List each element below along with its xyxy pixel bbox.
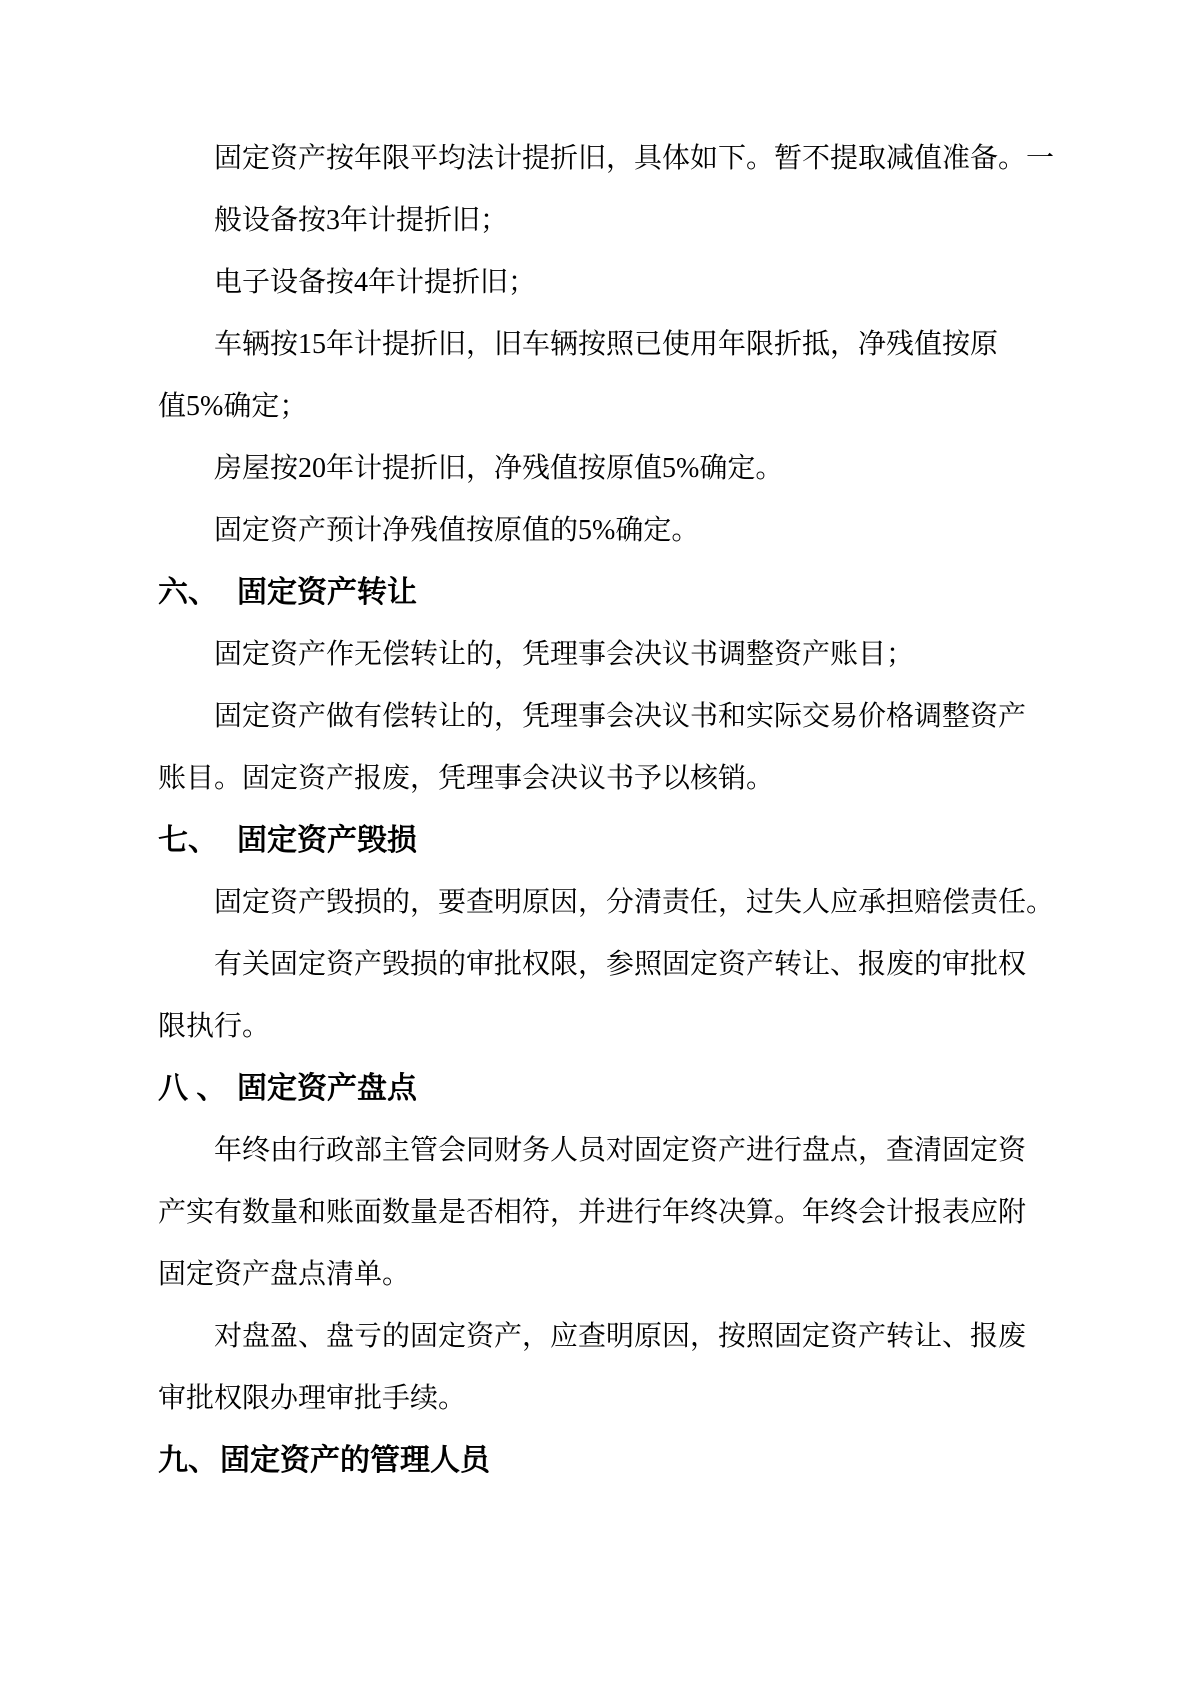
paragraph-line: 车辆按15年计提折旧，旧车辆按照已使用年限折抵，净残值按原 <box>158 314 1068 376</box>
heading-number: 六、 <box>158 562 237 624</box>
paragraph-line: 般设备按3年计提折旧； <box>158 190 1068 252</box>
section-heading-seven: 七、固定资产毁损 <box>158 810 1068 872</box>
paragraph-line: 有关固定资产毁损的审批权限，参照固定资产转让、报废的审批权 <box>158 934 1068 996</box>
heading-title: 固定资产毁损 <box>237 824 417 857</box>
paragraph-line: 固定资产预计净残值按原值的5%确定。 <box>158 500 1068 562</box>
heading-title: 固定资产转让 <box>237 576 417 609</box>
paragraph-line: 固定资产毁损的，要查明原因，分清责任，过失人应承担赔偿责任。 <box>158 872 1068 934</box>
paragraph-line: 审批权限办理审批手续。 <box>158 1368 1068 1430</box>
paragraph-line: 产实有数量和账面数量是否相符，并进行年终决算。年终会计报表应附 <box>158 1182 1068 1244</box>
paragraph-line: 房屋按20年计提折旧，净残值按原值5%确定。 <box>158 438 1068 500</box>
paragraph-line: 固定资产盘点清单。 <box>158 1244 1068 1306</box>
paragraph-line: 限执行。 <box>158 996 1068 1058</box>
heading-number: 七、 <box>158 810 237 872</box>
paragraph-line: 对盘盈、盘亏的固定资产，应查明原因，按照固定资产转让、报废 <box>158 1306 1068 1368</box>
paragraph-line: 值5%确定； <box>158 376 1068 438</box>
paragraph-line: 固定资产做有偿转让的，凭理事会决议书和实际交易价格调整资产 <box>158 686 1068 748</box>
heading-number: 九、 <box>158 1430 220 1492</box>
heading-title: 固定资产的管理人员 <box>220 1444 490 1477</box>
paragraph-line: 固定资产按年限平均法计提折旧，具体如下。暂不提取减值准备。一 <box>158 128 1068 190</box>
section-heading-nine: 九、固定资产的管理人员 <box>158 1430 1068 1492</box>
heading-number: 八 、 <box>158 1058 237 1120</box>
paragraph-line: 年终由行政部主管会同财务人员对固定资产进行盘点，查清固定资 <box>158 1120 1068 1182</box>
section-heading-eight: 八 、固定资产盘点 <box>158 1058 1068 1120</box>
document-page: 固定资产按年限平均法计提折旧，具体如下。暂不提取减值准备。一 般设备按3年计提折… <box>0 0 1190 1684</box>
heading-title: 固定资产盘点 <box>237 1072 417 1105</box>
paragraph-line: 固定资产作无偿转让的，凭理事会决议书调整资产账目； <box>158 624 1068 686</box>
paragraph-line: 账目。固定资产报废，凭理事会决议书予以核销。 <box>158 748 1068 810</box>
section-heading-six: 六、固定资产转让 <box>158 562 1068 624</box>
paragraph-line: 电子设备按4年计提折旧； <box>158 252 1068 314</box>
document-content: 固定资产按年限平均法计提折旧，具体如下。暂不提取减值准备。一 般设备按3年计提折… <box>158 128 1068 1492</box>
